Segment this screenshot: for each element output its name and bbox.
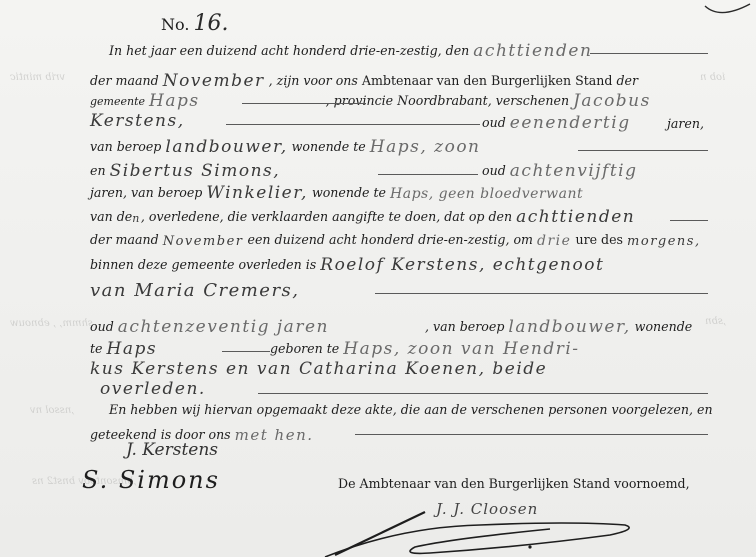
handwritten-deceased-occupation: landbouwer, — [508, 317, 630, 337]
handwritten-age-2: achtenvijftig — [510, 161, 638, 181]
handwritten-birthplace: Haps, zoon van Hendri- — [343, 339, 579, 359]
handwritten-age: eenendertig — [510, 113, 631, 133]
text-line-16: En hebben wij hiervan opgemaakt deze akt… — [109, 402, 713, 418]
text-line-13: te Haps — [90, 340, 157, 357]
fill-rule — [258, 393, 708, 394]
handwritten-day: achttienden — [473, 41, 592, 61]
handwritten-residence: Haps, zoon — [370, 137, 481, 157]
official-label: De Ambtenaar van den Burgerlijken Stand … — [338, 476, 690, 492]
fill-rule — [242, 103, 366, 104]
text-line-12b: , van beroep landbouwer, wonende — [425, 318, 692, 335]
fill-rule — [375, 293, 708, 294]
handwritten-declarant2-name: Sibertus Simons, — [110, 161, 281, 181]
text-line-4c: jaren, — [667, 116, 704, 132]
text-line-7: jaren, van beroep Winkelier, wonende te … — [90, 184, 583, 201]
fill-rule — [226, 124, 480, 125]
handwritten-parents: kus Kerstens en van Catharina Koenen, be… — [90, 359, 547, 379]
handwritten-deceased-residence: Haps — [107, 339, 158, 359]
text-line-8: van den, overledene, die verklaarden aan… — [90, 208, 635, 226]
bleed-through-text: ,sbn — [705, 316, 726, 327]
handwritten-deceased-status: overleden. — [100, 379, 206, 399]
record-number: No. 16. — [161, 16, 228, 34]
bleed-through-text: shmm, , ebnouw — [10, 318, 93, 329]
signature-flourish-icon — [320, 497, 640, 557]
text-line-11: van Maria Cremers, — [90, 282, 300, 299]
handwritten-hour: drie — [537, 233, 571, 249]
text-line-4b: oud eenendertig — [482, 114, 631, 131]
fill-rule — [378, 174, 478, 175]
bleed-through-text: ,nssol nv — [30, 405, 74, 416]
text-line-5: van beroep landbouwer, wonende te Haps, … — [90, 138, 481, 155]
ink-swash-icon — [690, 0, 756, 30]
text-line-2: der maand November , zijn voor ons Ambte… — [90, 72, 638, 89]
text-line-13b: geboren te Haps, zoon van Hendri- — [270, 340, 580, 357]
fill-rule — [355, 434, 708, 435]
signature-declarant-2: S. Simons — [82, 466, 220, 494]
text-line-15: overleden. — [100, 380, 206, 397]
handwritten-deceased-age: achtenzeventig jaren — [118, 317, 329, 337]
text-line-6b: oud achtenvijftig — [482, 162, 637, 179]
document-page: vrib mintic shmm, , ebnouw ,nssol nv ,bm… — [0, 0, 756, 557]
handwritten-occupation-2: Winkelier, — [206, 183, 308, 203]
text-line-14: kus Kerstens en van Catharina Koenen, be… — [90, 360, 547, 377]
handwritten-month: November — [163, 71, 265, 91]
text-line-6: en Sibertus Simons, — [90, 162, 280, 179]
text-line-1: In het jaar een duizend acht honderd dri… — [109, 42, 592, 59]
signature-declarant-1: J. Kerstens — [126, 440, 218, 460]
text-line-9: der maand November een duizend acht hond… — [90, 232, 701, 249]
handwritten-spouse: van Maria Cremers, — [90, 280, 300, 301]
handwritten-signing-note: met hen. — [235, 426, 314, 444]
handwritten-declarant-surname: Kerstens, — [90, 111, 185, 131]
text-line-3: gemeente Haps , provincie Noordbrabant, … — [90, 92, 651, 110]
number-value: 16. — [193, 11, 228, 36]
text-line-12: oud achtenzeventig jaren — [90, 318, 329, 335]
bleed-through-text: vrib mintic — [10, 72, 65, 83]
number-label: No. — [161, 15, 189, 34]
handwritten-residence-2: Haps, geen bloedverwant — [390, 186, 583, 202]
fill-rule — [222, 351, 270, 352]
fill-rule — [670, 220, 708, 221]
text-line-4: Kerstens, — [90, 112, 185, 129]
handwritten-municipality: Haps — [149, 91, 200, 111]
text-line-10: binnen deze gemeente overleden is Roelof… — [90, 256, 604, 273]
handwritten-occupation: landbouwer, — [165, 137, 287, 157]
handwritten-time-of-day: morgens, — [627, 234, 701, 249]
bleed-through-text: iob n — [700, 72, 725, 83]
handwritten-deceased-name: Roelof Kerstens, echtgenoot — [320, 255, 604, 275]
fill-rule — [590, 53, 708, 54]
handwritten-death-month: November — [163, 234, 244, 249]
fill-rule — [578, 150, 708, 151]
handwritten-death-day: achttienden — [516, 207, 635, 227]
handwritten-declarant-firstname: Jacobus — [573, 91, 651, 111]
